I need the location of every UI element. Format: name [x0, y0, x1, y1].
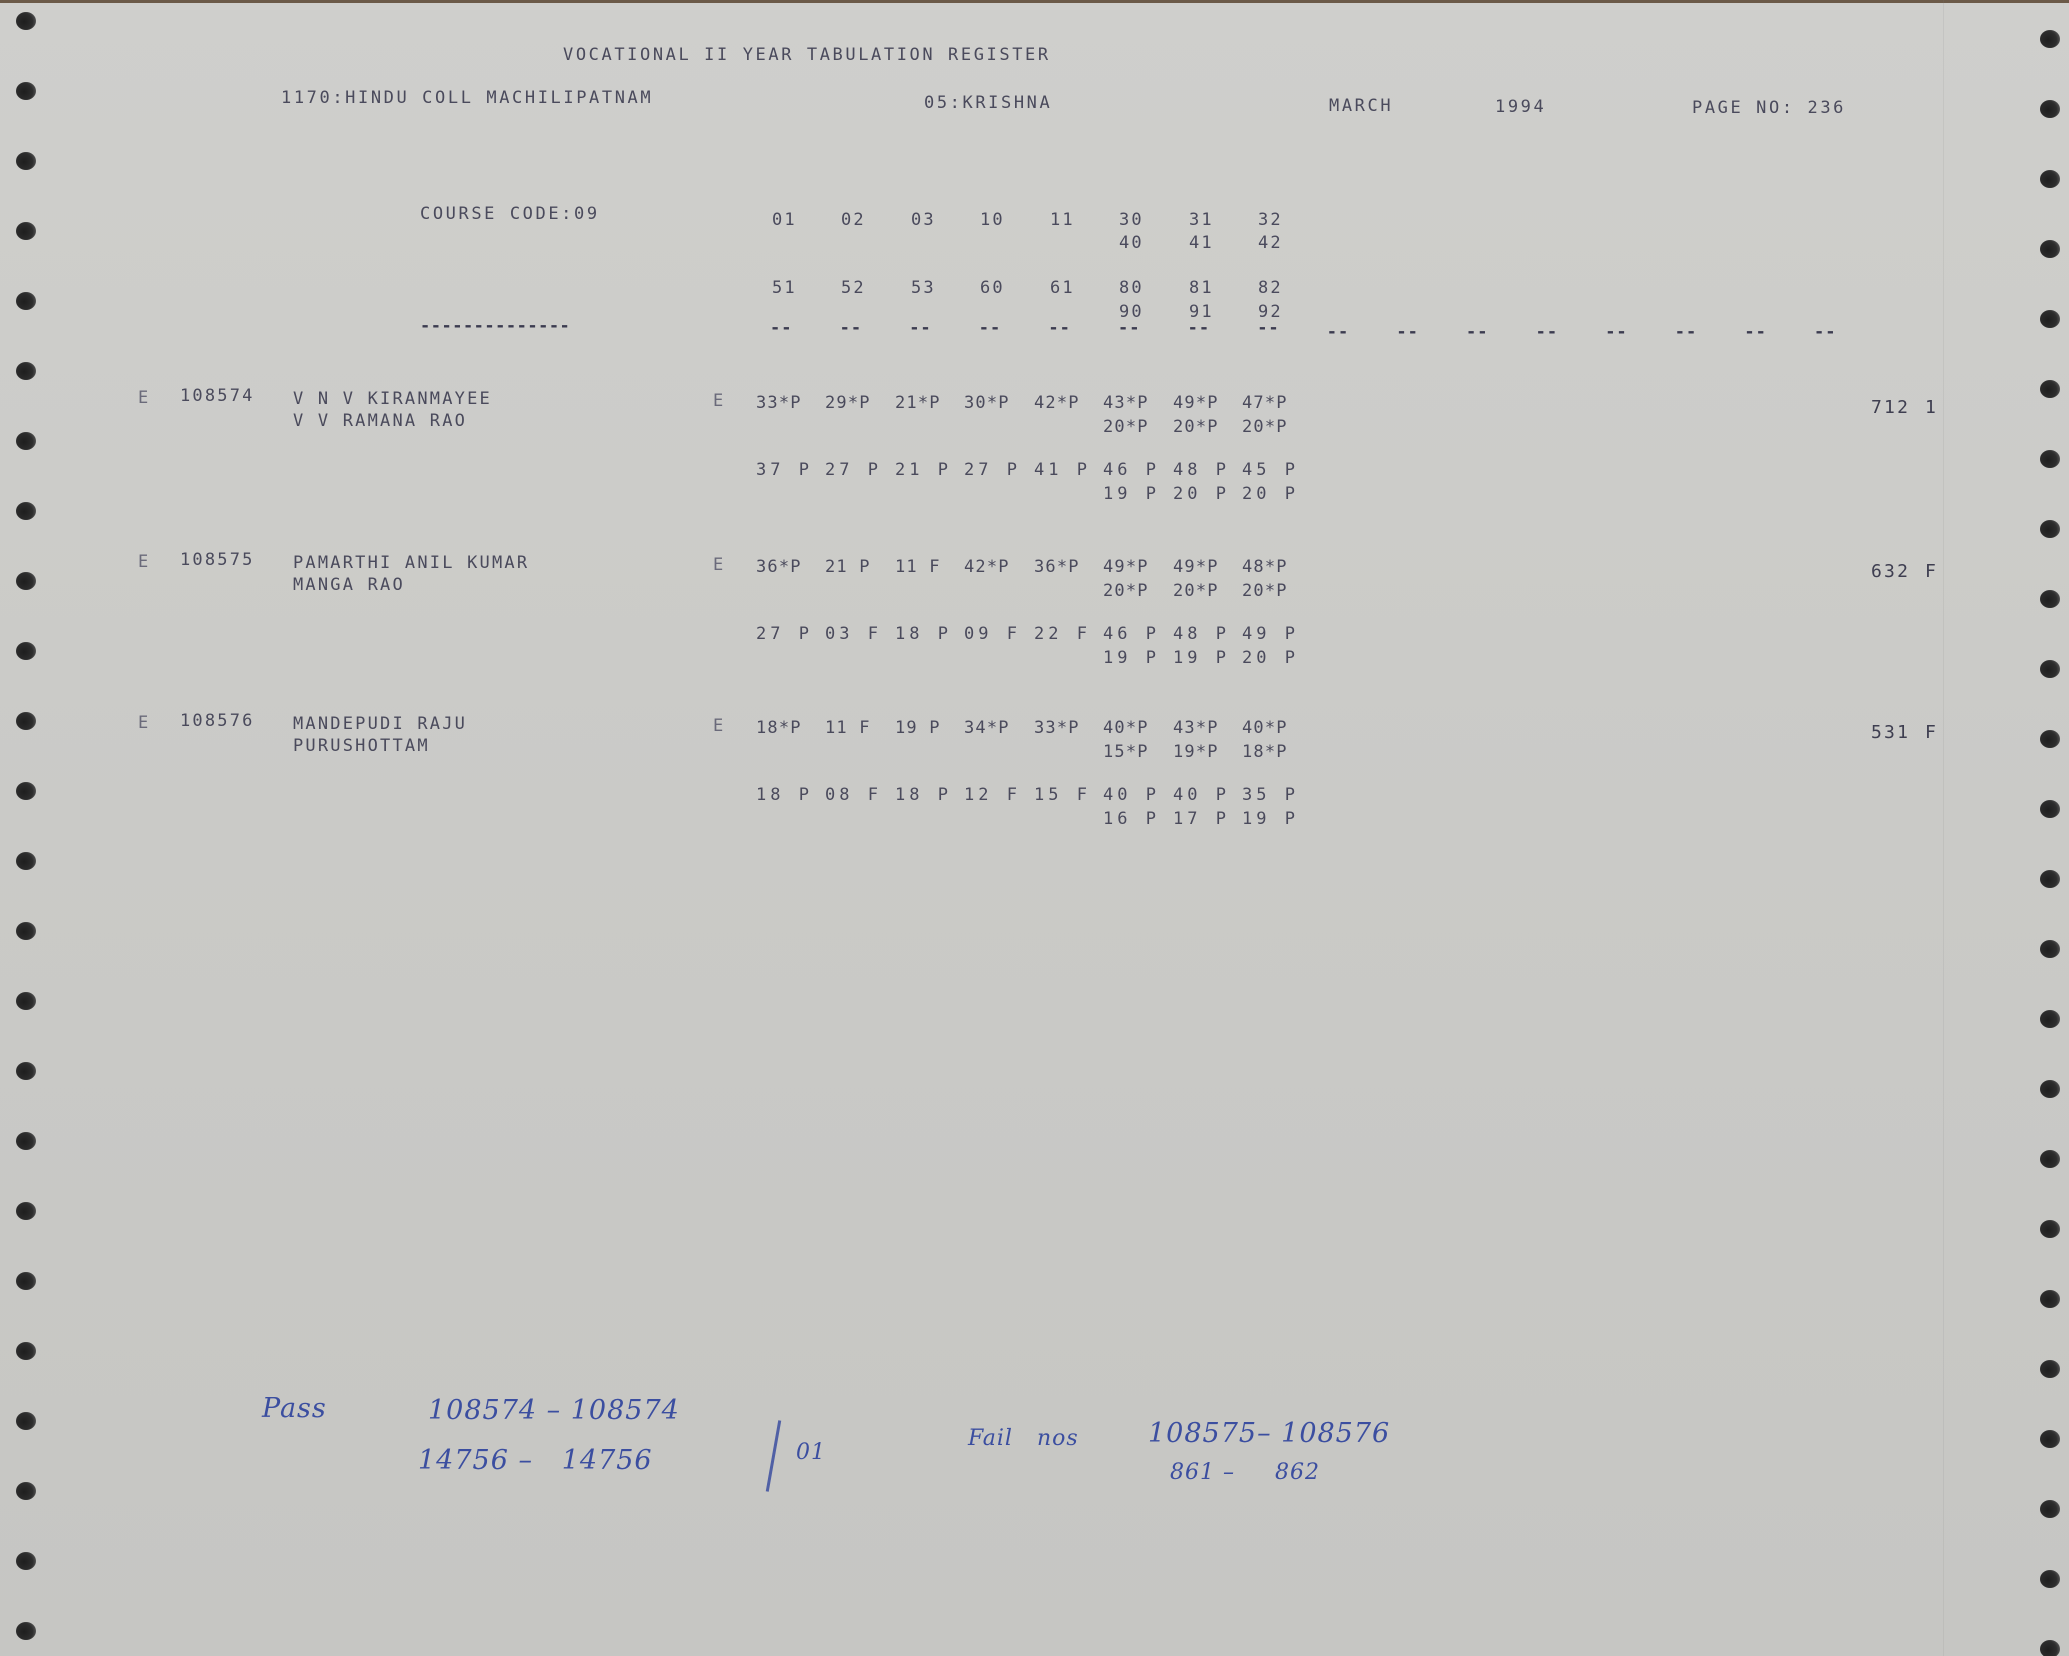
subject-code: 41	[1189, 233, 1214, 253]
subject-code: 61	[1050, 278, 1075, 298]
subject-code: 32	[1258, 210, 1283, 230]
tractor-hole	[2040, 450, 2060, 468]
mark-cell: 20*P	[1103, 581, 1149, 601]
column-dash: --	[840, 318, 862, 338]
subject-code: 80	[1119, 278, 1144, 298]
tractor-hole	[16, 1062, 36, 1080]
tractor-hole	[16, 152, 36, 170]
roll-number: 108576	[180, 711, 255, 731]
mark-cell: 19 P	[1173, 648, 1230, 668]
mark-cell: 41 P	[1034, 460, 1091, 480]
tractor-hole	[2040, 310, 2060, 328]
father-name: V V RAMANA RAO	[293, 411, 467, 431]
student-name: PAMARTHI ANIL KUMAR	[293, 553, 529, 573]
handwritten-pass-count: 01	[796, 1440, 826, 1465]
total-marks: 531	[1871, 723, 1910, 743]
tractor-hole	[16, 292, 36, 310]
mark-cell: 27 P	[825, 460, 882, 480]
tractor-hole	[16, 1412, 36, 1430]
handwritten-slash	[766, 1420, 781, 1491]
mark-cell: 43*P	[1173, 718, 1219, 738]
mark-cell: 20*P	[1242, 417, 1288, 437]
mark-cell: 20*P	[1242, 581, 1288, 601]
college-name: 1170:HINDU COLL MACHILIPATNAM	[281, 88, 653, 108]
father-name: PURUSHOTTAM	[293, 736, 430, 756]
student-name: MANDEPUDI RAJU	[293, 714, 467, 734]
subject-code: 51	[772, 278, 797, 298]
tractor-hole	[16, 222, 36, 240]
mark-cell: 27 P	[964, 460, 1021, 480]
result-code: F	[1925, 562, 1938, 582]
mark-cell: 19 P	[1103, 648, 1160, 668]
result-code: F	[1925, 723, 1938, 743]
mark-cell: 48 P	[1173, 624, 1230, 644]
tractor-hole	[16, 782, 36, 800]
tractor-hole	[16, 1132, 36, 1150]
mark-cell: 49 P	[1242, 624, 1299, 644]
mark-cell: 46 P	[1103, 460, 1160, 480]
handwritten-fail-range: 108575– 108576	[1148, 1418, 1390, 1449]
tractor-hole	[2040, 30, 2060, 48]
result-code: 1	[1925, 398, 1938, 418]
tractor-hole	[16, 432, 36, 450]
mark-cell: 09 F	[964, 624, 1021, 644]
tractor-hole	[16, 1622, 36, 1640]
exam-flag: E	[713, 555, 725, 575]
handwritten-pass-serials: 14756 – 14756	[418, 1445, 653, 1476]
tractor-hole	[16, 1482, 36, 1500]
subject-code: 52	[841, 278, 866, 298]
mark-cell: 27 P	[756, 624, 813, 644]
mark-cell: 18*P	[756, 718, 802, 738]
mark-cell: 19*P	[1173, 742, 1219, 762]
mark-cell: 42*P	[1034, 393, 1080, 413]
column-dash: --	[1188, 318, 1210, 338]
paper-top-edge	[0, 0, 2069, 3]
subject-code: 60	[980, 278, 1005, 298]
perforation-line	[1943, 0, 1944, 1656]
mark-cell: 22 F	[1034, 624, 1091, 644]
mark-cell: 36*P	[1034, 557, 1080, 577]
roll-number: 108574	[180, 386, 255, 406]
mark-cell: 36*P	[756, 557, 802, 577]
mark-cell: 15 F	[1034, 785, 1091, 805]
exam-month: MARCH	[1329, 96, 1393, 116]
student-name: V N V KIRANMAYEE	[293, 389, 492, 409]
subject-code: 03	[911, 210, 936, 230]
handwritten-fail-label: Fail nos	[968, 1426, 1079, 1451]
column-dash: --	[1675, 322, 1697, 342]
tractor-hole	[16, 1552, 36, 1570]
tractor-hole	[16, 992, 36, 1010]
mark-cell: 35 P	[1242, 785, 1299, 805]
tractor-hole	[16, 502, 36, 520]
mark-cell: 16 P	[1103, 809, 1160, 829]
tractor-hole	[2040, 1010, 2060, 1028]
subject-code: 81	[1189, 278, 1214, 298]
mark-cell: 33*P	[1034, 718, 1080, 738]
column-dash: --	[1118, 318, 1140, 338]
mark-cell: 34*P	[964, 718, 1010, 738]
column-dash: --	[1536, 322, 1558, 342]
column-dash: --	[1605, 322, 1627, 342]
mark-cell: 45 P	[1242, 460, 1299, 480]
mark-cell: 11 F	[895, 557, 941, 577]
handwritten-pass-label: Pass	[262, 1393, 327, 1424]
mark-cell: 42*P	[964, 557, 1010, 577]
mark-cell: 18 P	[756, 785, 813, 805]
mark-cell: 18 P	[895, 785, 952, 805]
mark-cell: 20*P	[1173, 417, 1219, 437]
tractor-hole	[2040, 940, 2060, 958]
tractor-hole	[2040, 1570, 2060, 1588]
handwritten-fail-serials: 861 – 862	[1170, 1460, 1320, 1485]
mark-cell: 40*P	[1242, 718, 1288, 738]
subject-code: 42	[1258, 233, 1283, 253]
mark-cell: 49*P	[1103, 557, 1149, 577]
mark-cell: 30*P	[964, 393, 1010, 413]
mark-cell: 20 P	[1173, 484, 1230, 504]
tractor-hole	[2040, 1360, 2060, 1378]
tractor-hole	[2040, 240, 2060, 258]
course-code-label: COURSE CODE:09	[420, 204, 600, 224]
subject-code: 10	[980, 210, 1005, 230]
tractor-hole	[2040, 1080, 2060, 1098]
roll-number: 108575	[180, 550, 255, 570]
tractor-hole	[2040, 1150, 2060, 1168]
tractor-hole	[2040, 660, 2060, 678]
record-flag: E	[138, 713, 150, 733]
tractor-hole	[2040, 590, 2060, 608]
mark-cell: 49*P	[1173, 557, 1219, 577]
exam-year: 1994	[1495, 97, 1546, 117]
page-number: PAGE NO: 236	[1692, 98, 1846, 118]
mark-cell: 21*P	[895, 393, 941, 413]
mark-cell: 20 P	[1242, 484, 1299, 504]
tractor-hole	[2040, 1640, 2060, 1656]
handwritten-pass-range: 108574 – 108574	[428, 1395, 680, 1426]
column-dash: --	[979, 318, 1001, 338]
tractor-hole	[2040, 870, 2060, 888]
mark-cell: 20 P	[1242, 648, 1299, 668]
column-dash: --	[1257, 318, 1279, 338]
subject-code: 30	[1119, 210, 1144, 230]
tractor-hole	[16, 1272, 36, 1290]
tractor-hole	[16, 82, 36, 100]
column-dash: --	[1396, 322, 1418, 342]
mark-cell: 18 P	[895, 624, 952, 644]
tractor-hole	[2040, 100, 2060, 118]
mark-cell: 21 P	[895, 460, 952, 480]
mark-cell: 20*P	[1173, 581, 1219, 601]
tractor-hole	[2040, 520, 2060, 538]
mark-cell: 18*P	[1242, 742, 1288, 762]
total-marks: 712	[1871, 398, 1910, 418]
record-flag: E	[138, 552, 150, 572]
tractor-hole	[2040, 730, 2060, 748]
mark-cell: 40*P	[1103, 718, 1149, 738]
subject-code: 53	[911, 278, 936, 298]
tractor-hole	[16, 12, 36, 30]
father-name: MANGA RAO	[293, 575, 405, 595]
mark-cell: 11 F	[825, 718, 871, 738]
tractor-hole	[16, 572, 36, 590]
register-title: VOCATIONAL II YEAR TABULATION REGISTER	[563, 45, 1051, 65]
mark-cell: 03 F	[825, 624, 882, 644]
column-dash: --	[1048, 318, 1070, 338]
exam-flag: E	[713, 716, 725, 736]
column-dash: --	[1744, 322, 1766, 342]
mark-cell: 19 P	[1103, 484, 1160, 504]
mark-cell: 21 P	[825, 557, 871, 577]
subject-code: 82	[1258, 278, 1283, 298]
tractor-hole	[16, 922, 36, 940]
tractor-hole	[16, 642, 36, 660]
tractor-hole	[2040, 1500, 2060, 1518]
tractor-hole	[16, 712, 36, 730]
tractor-hole	[2040, 1220, 2060, 1238]
mark-cell: 15*P	[1103, 742, 1149, 762]
mark-cell: 33*P	[756, 393, 802, 413]
mark-cell: 20*P	[1103, 417, 1149, 437]
column-dash: --	[1327, 322, 1349, 342]
tractor-hole	[2040, 170, 2060, 188]
tractor-hole	[2040, 380, 2060, 398]
column-dash: --	[1466, 322, 1488, 342]
mark-cell: 17 P	[1173, 809, 1230, 829]
subject-code: 11	[1050, 210, 1075, 230]
subject-code: 02	[841, 210, 866, 230]
subject-code: 40	[1119, 233, 1144, 253]
course-code-underline: --------------	[420, 316, 570, 336]
column-dash: --	[770, 318, 792, 338]
subject-code: 31	[1189, 210, 1214, 230]
mark-cell: 43*P	[1103, 393, 1149, 413]
mark-cell: 48*P	[1242, 557, 1288, 577]
tractor-hole	[16, 1342, 36, 1360]
paper-sheet: VOCATIONAL II YEAR TABULATION REGISTER 1…	[0, 0, 2069, 1656]
mark-cell: 37 P	[756, 460, 813, 480]
tractor-hole	[16, 852, 36, 870]
tractor-hole	[16, 1202, 36, 1220]
exam-flag: E	[713, 391, 725, 411]
mark-cell: 48 P	[1173, 460, 1230, 480]
tractor-hole	[2040, 1430, 2060, 1448]
mark-cell: 19 P	[1242, 809, 1299, 829]
mark-cell: 08 F	[825, 785, 882, 805]
tractor-hole	[2040, 800, 2060, 818]
mark-cell: 40 P	[1173, 785, 1230, 805]
tractor-hole	[16, 362, 36, 380]
record-flag: E	[138, 388, 150, 408]
mark-cell: 19 P	[895, 718, 941, 738]
mark-cell: 29*P	[825, 393, 871, 413]
total-marks: 632	[1871, 562, 1910, 582]
mark-cell: 49*P	[1173, 393, 1219, 413]
district-name: 05:KRISHNA	[924, 93, 1052, 113]
subject-code: 01	[772, 210, 797, 230]
mark-cell: 47*P	[1242, 393, 1288, 413]
mark-cell: 12 F	[964, 785, 1021, 805]
column-dash: --	[909, 318, 931, 338]
column-dash: --	[1814, 322, 1836, 342]
mark-cell: 46 P	[1103, 624, 1160, 644]
tractor-hole	[2040, 1290, 2060, 1308]
mark-cell: 40 P	[1103, 785, 1160, 805]
